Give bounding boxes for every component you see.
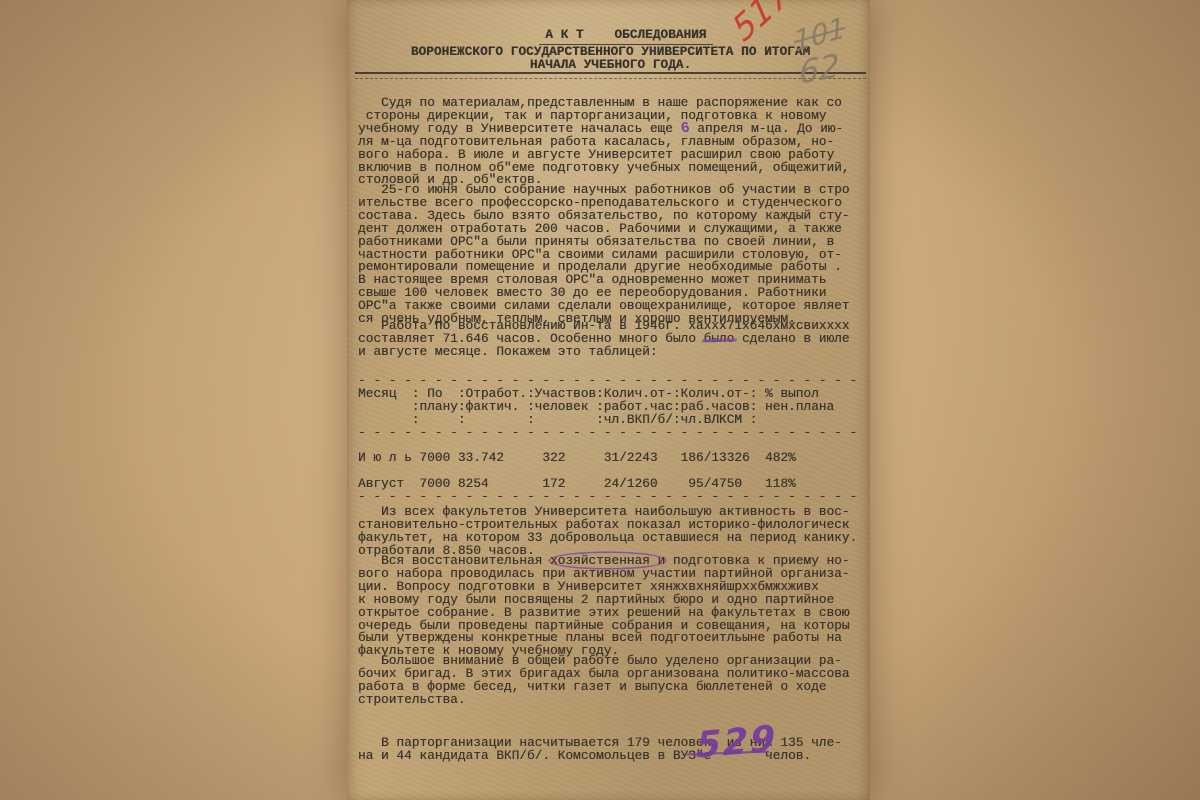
title-text: А К Т ОБСЛЕДОВАНИЯ [539, 29, 712, 45]
paragraph-2: 25-го июня было собрание научных работни… [358, 184, 863, 326]
document-subtitle: ВОРОНЕЖСКОГО ГОСУДАРСТВЕННОГО УНИВЕРСИТЕ… [358, 46, 863, 72]
screenshot-root: { "doc": { "title": "А К Т ОБСЛЕДОВАНИЯ"… [0, 0, 1200, 800]
work-hours-table: - - - - - - - - - - - - - - - - - - - - … [358, 375, 863, 504]
paragraph-6: Большое внимание в общей работе было уде… [358, 655, 863, 707]
header-rule [355, 72, 866, 79]
handwritten-purple-count: 529 [696, 718, 778, 766]
paragraph-5-text-cont: подготовка к приему но- вого набора пров… [358, 553, 850, 658]
handwritten-pencil-number: 62 [799, 46, 839, 92]
paragraph-3: Работа по восстановлению Ин-та в 1946г. … [358, 320, 863, 359]
paragraph-1: Судя по материалам,представленным в наше… [358, 97, 863, 187]
paragraph-4: Из всех факультетов Университета наиболь… [358, 506, 863, 558]
paragraph-7: В парторганизации насчитывается 179 чело… [358, 737, 863, 763]
document-page: А К Т ОБСЛЕДОВАНИЯ ВОРОНЕЖСКОГО ГОСУДАРС… [347, 0, 870, 800]
struck-out-word: было [704, 331, 735, 346]
paragraph-5: Вся восстановительная хозяйственная и по… [358, 555, 863, 658]
purple-ink-correction: 6 [680, 122, 691, 136]
